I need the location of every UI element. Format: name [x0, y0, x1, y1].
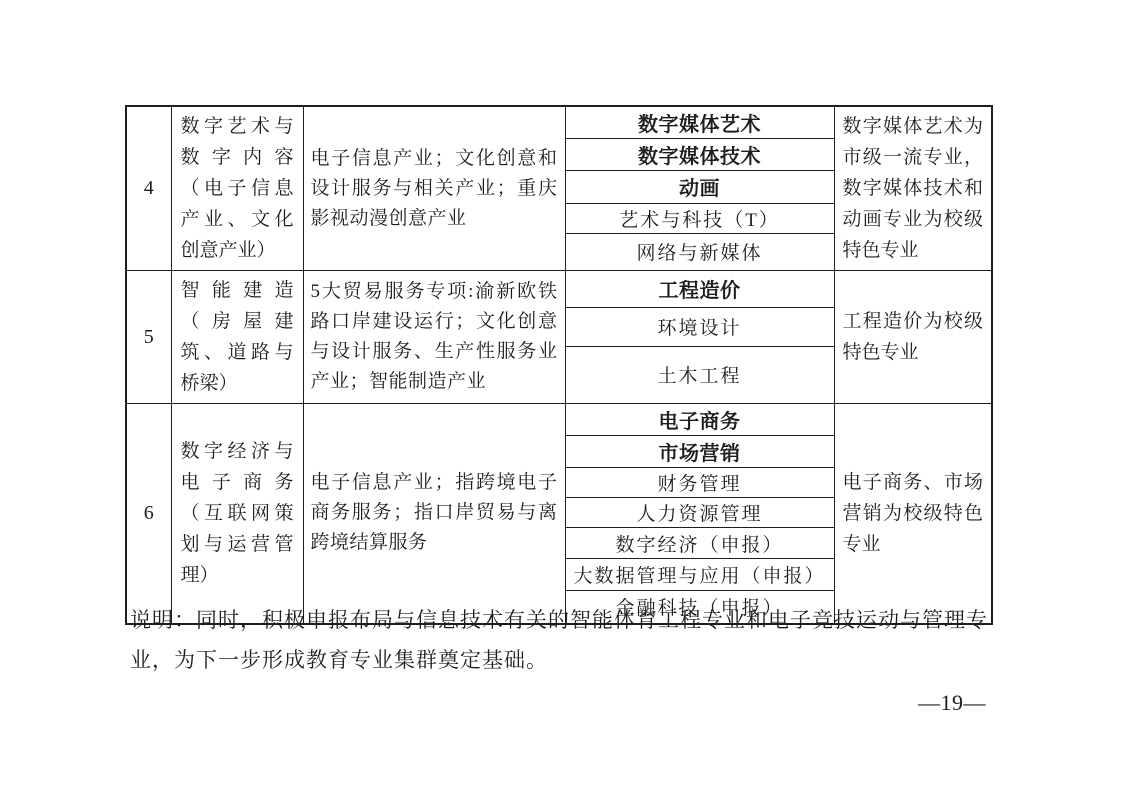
cluster-name-cell: 智能建造（房屋建筑、道路与桥梁）: [171, 271, 303, 404]
major-cell: 环境设计: [565, 307, 834, 346]
major-cell: 艺术与科技（T）: [565, 203, 834, 233]
major-cell: 数字经济（申报）: [565, 528, 834, 559]
major-cell: 人力资源管理: [565, 498, 834, 528]
major-cell: 土木工程: [565, 346, 834, 403]
major-cell: 网络与新媒体: [565, 233, 834, 270]
major-cell: 数字媒体技术: [565, 139, 834, 171]
major-cell: 工程造价: [565, 271, 834, 308]
major-cluster-table: 4 数字艺术与数字内容（电子信息产业、文化创意产业） 电子信息产业；文化创意和设…: [125, 105, 993, 625]
cluster-name-cell: 数字艺术与数字内容（电子信息产业、文化创意产业）: [171, 106, 303, 271]
row-number-cell: 6: [126, 404, 171, 624]
industries-cell: 5大贸易服务专项:渝新欧铁路口岸建设运行；文化创意与设计服务、生产性服务业产业；…: [303, 271, 565, 404]
page-number: —19—: [918, 690, 986, 716]
major-cell: 市场营销: [565, 436, 834, 468]
major-cell: 电子商务: [565, 404, 834, 436]
row-number-cell: 4: [126, 106, 171, 271]
document-page: 4 数字艺术与数字内容（电子信息产业、文化创意产业） 电子信息产业；文化创意和设…: [0, 0, 1122, 793]
cluster-name-cell: 数字经济与电子商务（互联网策划与运营管理）: [171, 404, 303, 624]
row-number-cell: 5: [126, 271, 171, 404]
major-cell: 大数据管理与应用（申报）: [565, 559, 834, 591]
remark-cell: 电子商务、市场营销为校级特色专业: [834, 404, 992, 624]
industries-cell: 电子信息产业；指跨境电子商务服务；指口岸贸易与离跨境结算服务: [303, 404, 565, 624]
table-row: 5 智能建造（房屋建筑、道路与桥梁） 5大贸易服务专项:渝新欧铁路口岸建设运行；…: [126, 271, 992, 308]
major-cell: 财务管理: [565, 468, 834, 498]
table-row: 6 数字经济与电子商务（互联网策划与运营管理） 电子信息产业；指跨境电子商务服务…: [126, 404, 992, 436]
major-cell: 动画: [565, 171, 834, 203]
remark-cell: 工程造价为校级特色专业: [834, 271, 992, 404]
major-cell: 数字媒体艺术: [565, 106, 834, 139]
table-row: 4 数字艺术与数字内容（电子信息产业、文化创意产业） 电子信息产业；文化创意和设…: [126, 106, 992, 139]
industries-cell: 电子信息产业；文化创意和设计服务与相关产业；重庆影视动漫创意产业: [303, 106, 565, 271]
remark-cell: 数字媒体艺术为市级一流专业，数字媒体技术和动画专业为校级特色专业: [834, 106, 992, 271]
note-text: 说明：同时，积极申报布局与信息技术有关的智能体育工程专业和电子竞技运动与管理专业…: [130, 600, 988, 680]
